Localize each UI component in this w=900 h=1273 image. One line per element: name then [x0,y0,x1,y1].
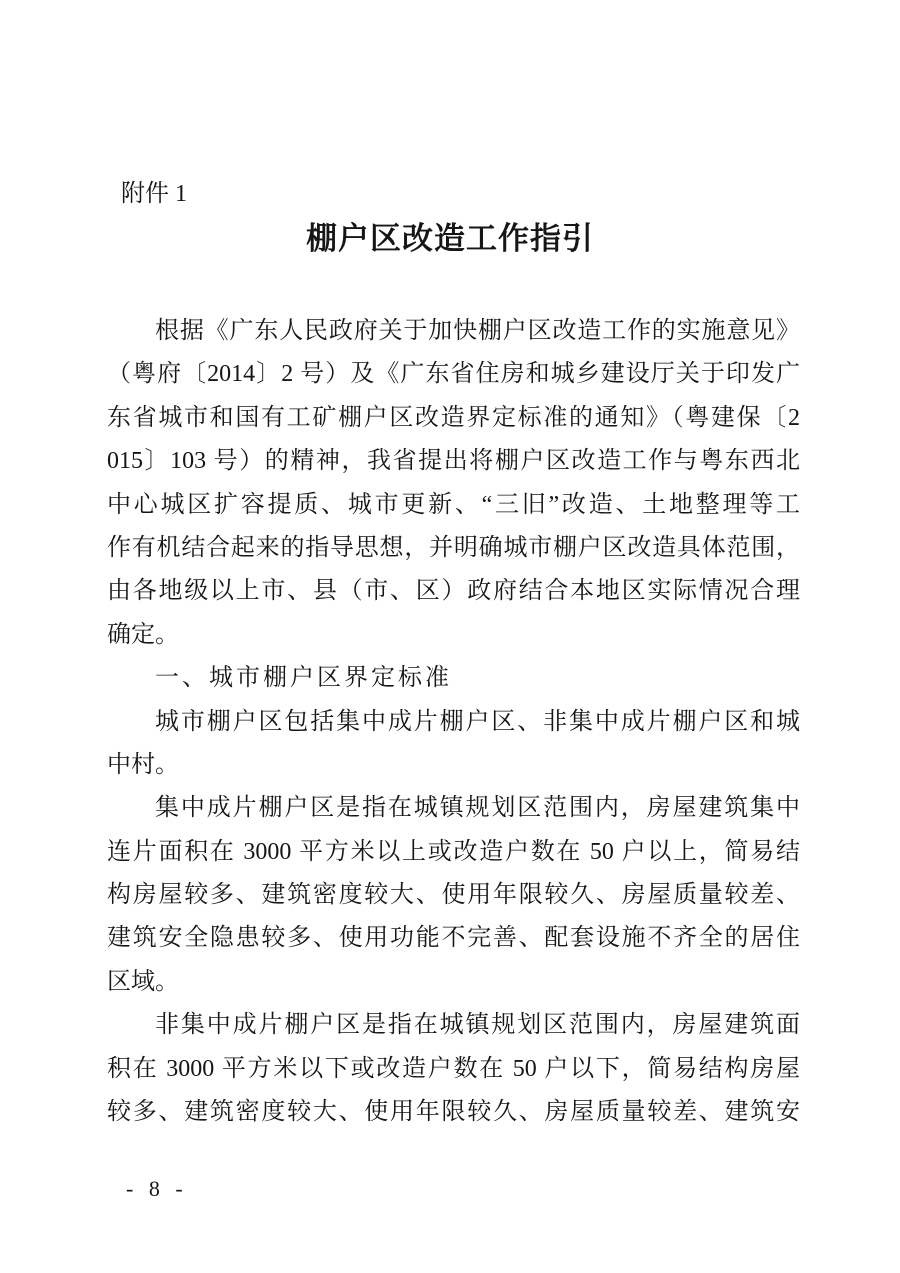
body-line: 城市棚户区包括集中成片棚户区、非集中成片棚户区和城 [107,701,800,744]
section-heading: 一、城市棚户区界定标准 [107,657,800,700]
body-line: 中心城区扩容提质、城市更新、“三旧”改造、土地整理等工 [107,484,800,527]
body-line: （粤府〔2014〕2 号）及《广东省住房和城乡建设厅关于印发广 [107,353,800,396]
body-line: 集中成片棚户区是指在城镇规划区范围内，房屋建筑集中 [107,787,800,830]
body-line: 积在 3000 平方米以下或改造户数在 50 户以下，简易结构房屋 [107,1048,800,1091]
document-page: 附件 1 棚户区改造工作指引 根据《广东人民政府关于加快棚户区改造工作的实施意见… [0,0,900,1273]
body-line: 构房屋较多、建筑密度较大、使用年限较久、房屋质量较差、 [107,874,800,917]
document-body: 根据《广东人民政府关于加快棚户区改造工作的实施意见》 （粤府〔2014〕2 号）… [107,310,800,1134]
body-line: 作有机结合起来的指导思想，并明确城市棚户区改造具体范围， [107,527,800,570]
attachment-label: 附件 1 [121,179,187,209]
document-title: 棚户区改造工作指引 [0,219,900,259]
body-line: 建筑安全隐患较多、使用功能不完善、配套设施不齐全的居住 [107,917,800,960]
body-line: 连片面积在 3000 平方米以上或改造户数在 50 户以上，简易结 [107,831,800,874]
body-line: 东省城市和国有工矿棚户区改造界定标准的通知》（粤建保〔2 [107,397,800,440]
body-line: 确定。 [107,614,800,657]
body-line: 根据《广东人民政府关于加快棚户区改造工作的实施意见》 [107,310,800,353]
body-line: 区域。 [107,961,800,1004]
body-line: 中村。 [107,744,800,787]
body-line: 015〕103 号）的精神，我省提出将棚户区改造工作与粤东西北 [107,440,800,483]
page-number: - 8 - [126,1176,188,1202]
body-line: 较多、建筑密度较大、使用年限较久、房屋质量较差、建筑安 [107,1091,800,1134]
body-line: 由各地级以上市、县（市、区）政府结合本地区实际情况合理 [107,570,800,613]
body-line: 非集中成片棚户区是指在城镇规划区范围内，房屋建筑面 [107,1004,800,1047]
